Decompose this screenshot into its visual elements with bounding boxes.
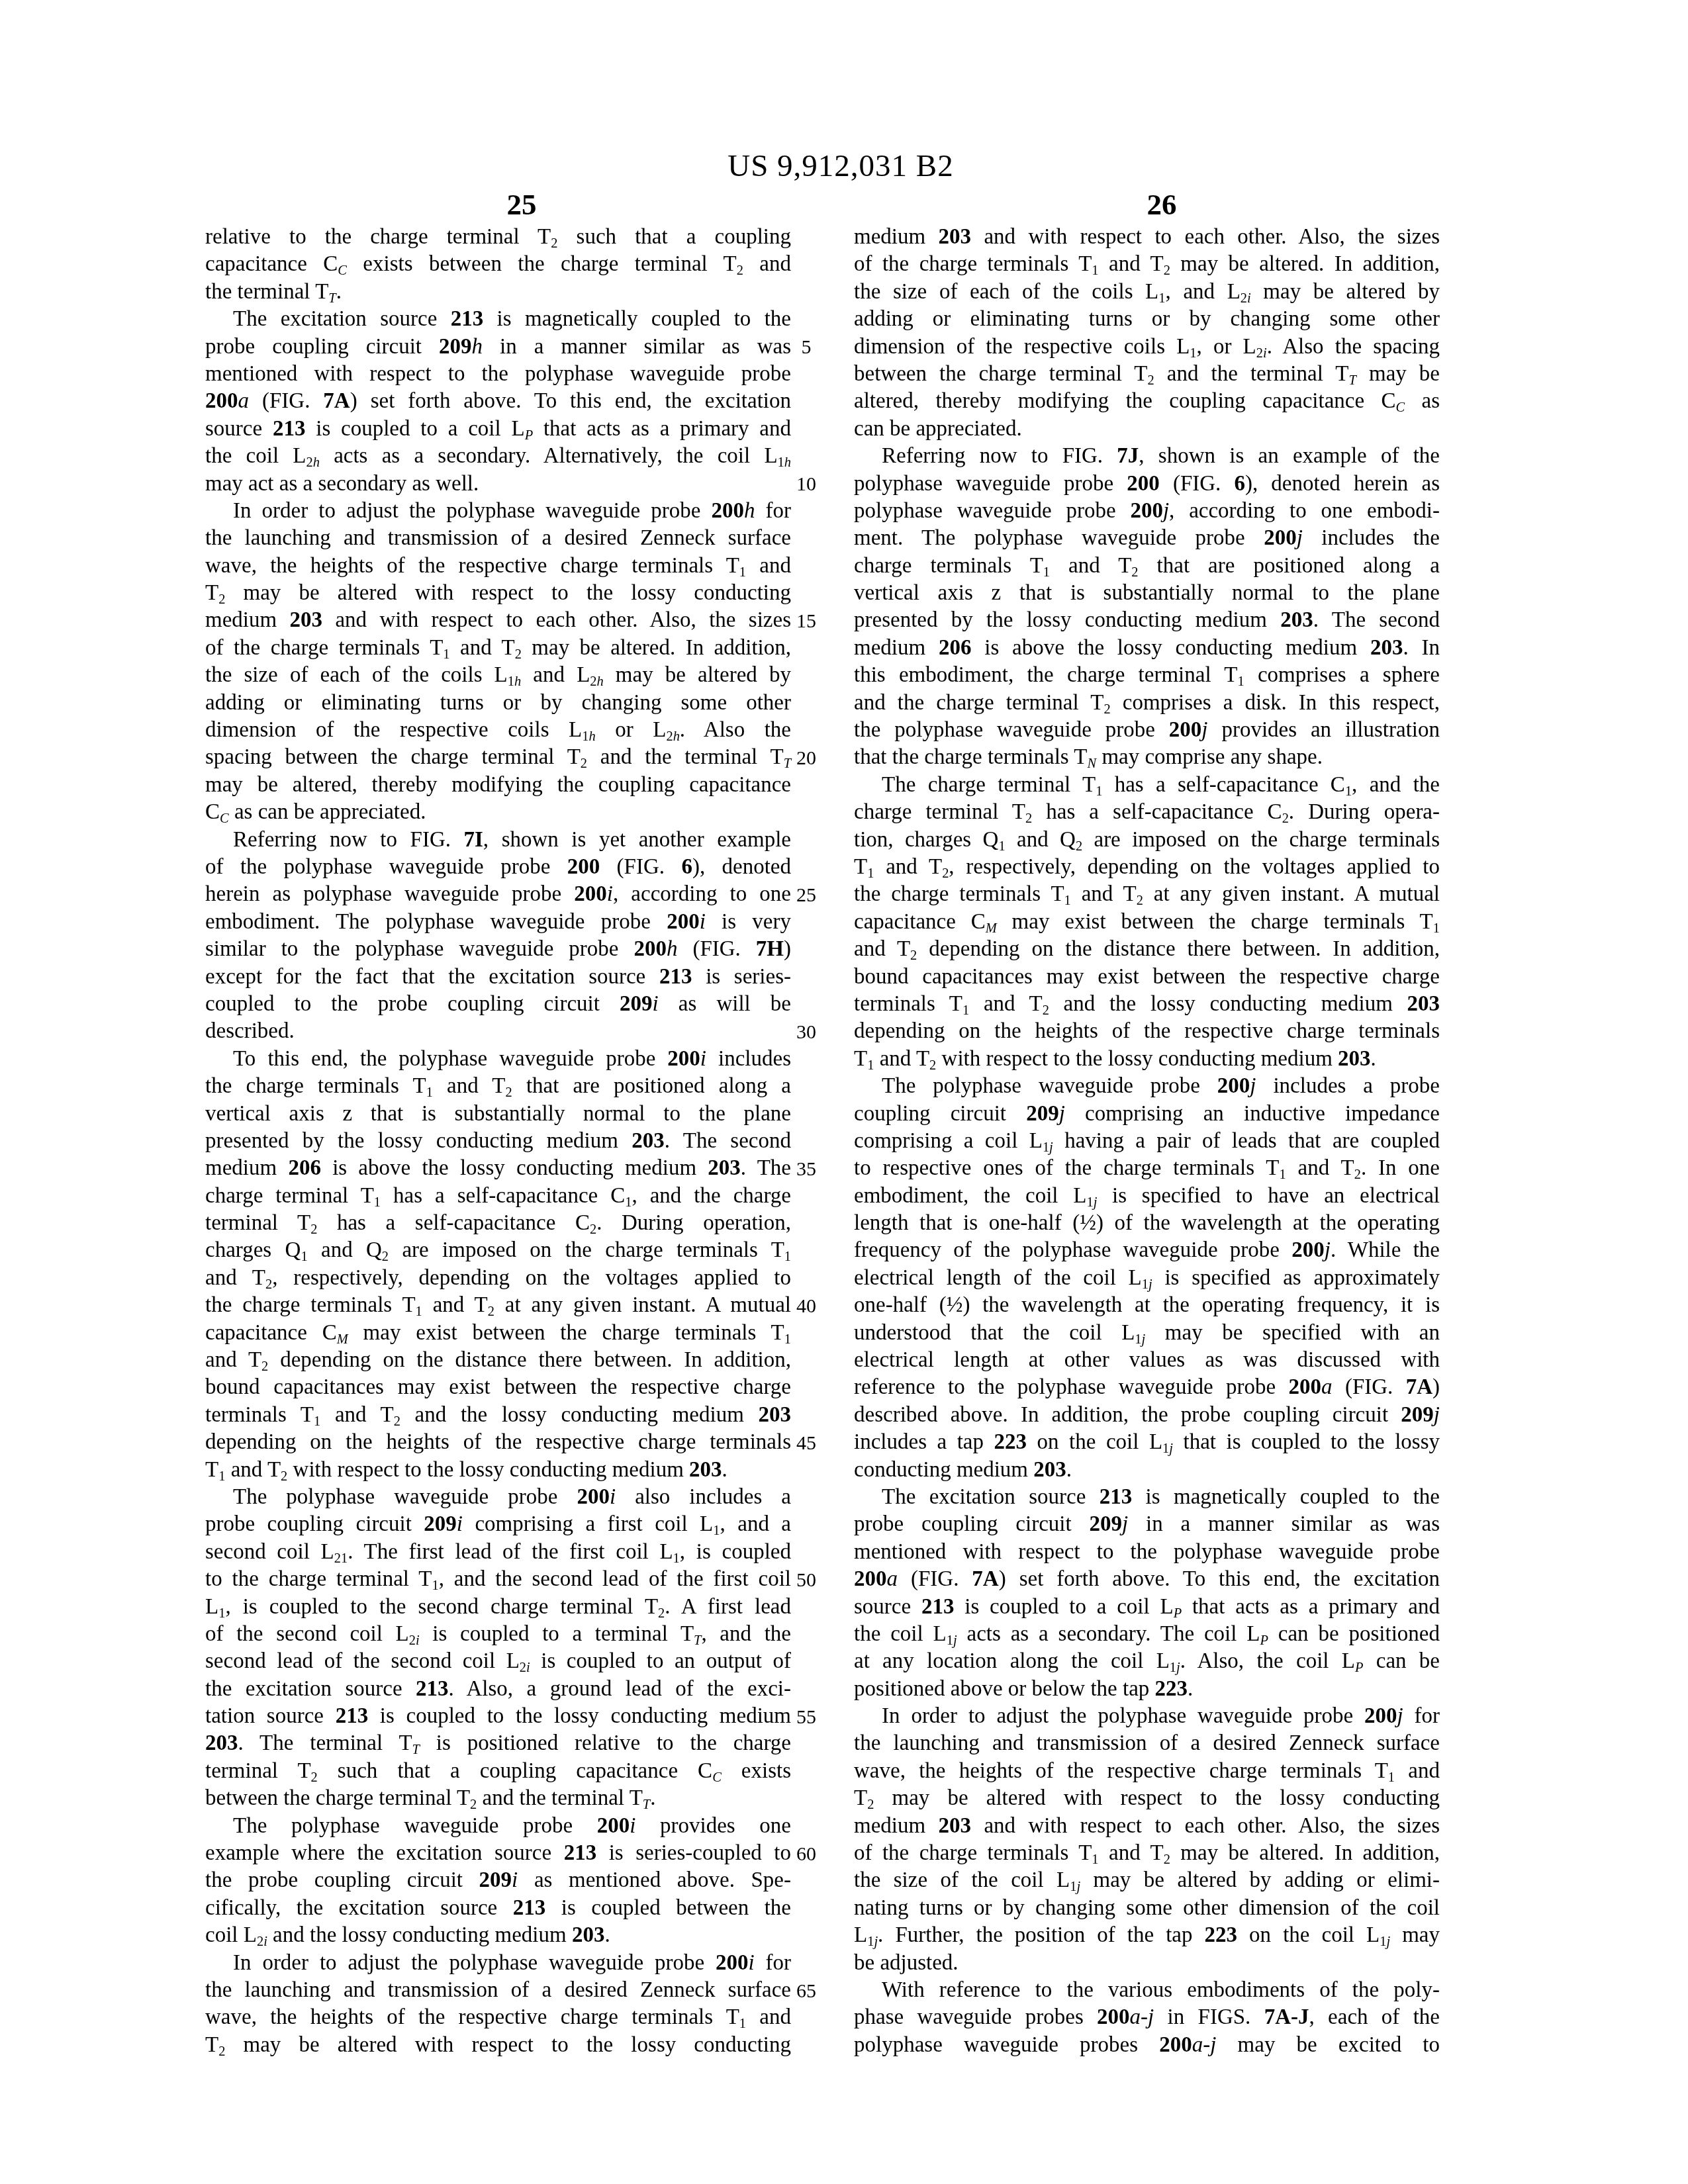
text-line: bound capacitances may exist between the…	[854, 964, 1440, 991]
text-line: except for the fact that the excitation …	[205, 964, 791, 991]
text-line: cifically, the excitation source 213 is …	[205, 1895, 791, 1922]
text-line: depending on the heights of the respecti…	[854, 1018, 1440, 1045]
text-line: phase waveguide probes 200a-j in FIGS. 7…	[854, 2004, 1440, 2031]
text-line: and T2 depending on the distance there b…	[854, 936, 1440, 963]
text-line: terminal T2 such that a coupling capacit…	[205, 1758, 791, 1785]
text-line: second coil L21. The first lead of the f…	[205, 1539, 791, 1566]
text-line: The excitation source 213 is magneticall…	[205, 306, 791, 333]
text-line: wave, the heights of the respective char…	[205, 553, 791, 580]
text-line: the size of the coil L1j may be altered …	[854, 1867, 1440, 1894]
text-line: L1, is coupled to the second charge term…	[205, 1594, 791, 1621]
text-line: T1 and T2 with respect to the lossy cond…	[205, 1457, 791, 1484]
text-line: medium 203 and with respect to each othe…	[205, 607, 791, 634]
text-line: mentioned with respect to the polyphase …	[854, 1539, 1440, 1566]
text-line: 200a (FIG. 7A) set forth above. To this …	[205, 388, 791, 415]
text-line: medium 206 is above the lossy conducting…	[854, 635, 1440, 662]
text-line: the launching and transmission of a desi…	[854, 1730, 1440, 1757]
text-line: embodiment. The polyphase waveguide prob…	[205, 909, 791, 936]
text-line: The excitation source 213 is magneticall…	[854, 1484, 1440, 1511]
text-line: 200a (FIG. 7A) set forth above. To this …	[854, 1566, 1440, 1593]
text-line: herein as polyphase waveguide probe 200i…	[205, 881, 791, 908]
text-line: polyphase waveguide probe 200 (FIG. 6), …	[854, 471, 1440, 498]
text-line: wave, the heights of the respective char…	[205, 2004, 791, 2031]
text-line: of the charge terminals T1 and T2 may be…	[854, 1840, 1440, 1867]
text-line: of the charge terminals T1 and T2 may be…	[854, 251, 1440, 278]
text-line: terminals T1 and T2 and the lossy conduc…	[854, 991, 1440, 1018]
text-line: The polyphase waveguide probe 200i provi…	[205, 1813, 791, 1840]
text-line: frequency of the polyphase waveguide pro…	[854, 1237, 1440, 1264]
text-line: described.	[205, 1018, 791, 1045]
text-line: mentioned with respect to the polyphase …	[205, 361, 791, 388]
text-line: medium 206 is above the lossy conducting…	[205, 1155, 791, 1182]
text-line: described above. In addition, the probe …	[854, 1402, 1440, 1429]
text-line: depending on the heights of the respecti…	[205, 1429, 791, 1456]
column-number-right: 26	[1122, 187, 1201, 222]
text-line: To this end, the polyphase waveguide pro…	[205, 1046, 791, 1073]
text-line: coupling circuit 209j comprising an indu…	[854, 1101, 1440, 1128]
column-number-left: 25	[482, 187, 561, 222]
text-line: T2 may be altered with respect to the lo…	[205, 580, 791, 607]
text-line: of the second coil L2i is coupled to a t…	[205, 1621, 791, 1648]
text-line: the charge terminals T1 and T2 at any gi…	[205, 1292, 791, 1319]
text-line: positioned above or below the tap 223.	[854, 1676, 1440, 1703]
text-line: presented by the lossy conducting medium…	[205, 1128, 791, 1155]
text-line: the probe coupling circuit 209i as menti…	[205, 1867, 791, 1894]
text-line: relative to the charge terminal T2 such …	[205, 224, 791, 251]
text-line: charge terminal T1 has a self-capacitanc…	[205, 1183, 791, 1210]
text-line: medium 203 and with respect to each othe…	[854, 1813, 1440, 1840]
text-line: 203. The terminal TT is positioned relat…	[205, 1730, 791, 1757]
text-line: In order to adjust the polyphase wavegui…	[205, 1950, 791, 1977]
text-line: altered, thereby modifying the coupling …	[854, 388, 1440, 415]
text-line: the size of each of the coils L1, and L2…	[854, 279, 1440, 306]
text-line: vertical axis z that is substantially no…	[205, 1101, 791, 1128]
text-line: The polyphase waveguide probe 200j inclu…	[854, 1073, 1440, 1100]
text-line: may act as a secondary as well.	[205, 471, 791, 498]
text-line: between the charge terminal T2 and the t…	[205, 1785, 791, 1812]
text-column-left: relative to the charge terminal T2 such …	[205, 224, 791, 2059]
text-line: probe coupling circuit 209j in a manner …	[854, 1511, 1440, 1538]
text-line: bound capacitances may exist between the…	[205, 1374, 791, 1401]
text-line: reference to the polyphase waveguide pro…	[854, 1374, 1440, 1401]
text-line: the charge terminals T1 and T2 at any gi…	[854, 881, 1440, 908]
text-line: to the charge terminal T1, and the secon…	[205, 1566, 791, 1593]
patent-number-header: US 9,912,031 B2	[218, 148, 1463, 184]
text-line: the terminal TT.	[205, 279, 791, 306]
text-line: one-half (½) the wavelength at the opera…	[854, 1292, 1440, 1319]
text-line: tion, charges Q1 and Q2 are imposed on t…	[854, 827, 1440, 854]
text-line: and the charge terminal T2 comprises a d…	[854, 690, 1440, 717]
text-line: charge terminal T2 has a self-capacitanc…	[854, 799, 1440, 826]
text-line: the coil L1j acts as a secondary. The co…	[854, 1621, 1440, 1648]
text-line: coil L2i and the lossy conducting medium…	[205, 1922, 791, 1949]
text-line: T2 may be altered with respect to the lo…	[205, 2032, 791, 2059]
text-line: nating turns or by changing some other d…	[854, 1895, 1440, 1922]
text-line: source 213 is coupled to a coil LP that …	[205, 416, 791, 443]
text-line: probe coupling circuit 209h in a manner …	[205, 334, 791, 361]
text-line: the coil L2h acts as a secondary. Altern…	[205, 443, 791, 470]
text-line: to respective ones of the charge termina…	[854, 1155, 1440, 1182]
text-line: may be altered, thereby modifying the co…	[205, 772, 791, 799]
text-line: T1 and T2 with respect to the lossy cond…	[854, 1046, 1440, 1073]
text-line: source 213 is coupled to a coil LP that …	[854, 1594, 1440, 1621]
text-line: The charge terminal T1 has a self-capaci…	[854, 772, 1440, 799]
text-line: and T2, respectively, depending on the v…	[205, 1265, 791, 1292]
text-line: the launching and transmission of a desi…	[205, 525, 791, 552]
text-line: medium 203 and with respect to each othe…	[854, 224, 1440, 251]
text-line: the polyphase waveguide probe 200j provi…	[854, 717, 1440, 744]
text-line: dimension of the respective coils L1h or…	[205, 717, 791, 744]
text-line: this embodiment, the charge terminal T1 …	[854, 662, 1440, 689]
text-line: embodiment, the coil L1j is specified to…	[854, 1183, 1440, 1210]
text-line: example where the excitation source 213 …	[205, 1840, 791, 1867]
text-line: Referring now to FIG. 7I, shown is yet a…	[205, 827, 791, 854]
text-line: comprising a coil L1j having a pair of l…	[854, 1128, 1440, 1155]
text-line: of the polyphase waveguide probe 200 (FI…	[205, 854, 791, 881]
text-line: spacing between the charge terminal T2 a…	[205, 744, 791, 771]
text-line: T1 and T2, respectively, depending on th…	[854, 854, 1440, 881]
text-line: polyphase waveguide probes 200a-j may be…	[854, 2032, 1440, 2059]
text-line: electrical length at other values as was…	[854, 1347, 1440, 1374]
text-line: ment. The polyphase waveguide probe 200j…	[854, 525, 1440, 552]
text-line: be adjusted.	[854, 1950, 1440, 1977]
text-line: second lead of the second coil L2i is co…	[205, 1648, 791, 1675]
text-line: the launching and transmission of a desi…	[205, 1977, 791, 2004]
text-line: that the charge terminals TN may compris…	[854, 744, 1440, 771]
text-line: at any location along the coil L1j. Also…	[854, 1648, 1440, 1675]
text-line: The polyphase waveguide probe 200i also …	[205, 1484, 791, 1511]
text-line: adding or eliminating turns or by changi…	[205, 690, 791, 717]
text-line: probe coupling circuit 209i comprising a…	[205, 1511, 791, 1538]
text-line: vertical axis z that is substantially no…	[854, 580, 1440, 607]
text-line: of the charge terminals T1 and T2 may be…	[205, 635, 791, 662]
text-line: Referring now to FIG. 7J, shown is an ex…	[854, 443, 1440, 470]
text-line: L1j. Further, the position of the tap 22…	[854, 1922, 1440, 1949]
text-line: adding or eliminating turns or by changi…	[854, 306, 1440, 333]
text-line: conducting medium 203.	[854, 1457, 1440, 1484]
text-line: charges Q1 and Q2 are imposed on the cha…	[205, 1237, 791, 1264]
text-line: can be appreciated.	[854, 416, 1440, 443]
text-line: length that is one-half (½) of the wavel…	[854, 1210, 1440, 1237]
patent-page: US 9,912,031 B2 25 26 510152025303540455…	[0, 0, 1688, 2184]
text-line: the excitation source 213. Also, a groun…	[205, 1676, 791, 1703]
text-line: In order to adjust the polyphase wavegui…	[205, 498, 791, 525]
text-line: In order to adjust the polyphase wavegui…	[854, 1703, 1440, 1730]
text-line: the charge terminals T1 and T2 that are …	[205, 1073, 791, 1100]
text-line: between the charge terminal T2 and the t…	[854, 361, 1440, 388]
text-line: the size of each of the coils L1h and L2…	[205, 662, 791, 689]
text-line: presented by the lossy conducting medium…	[854, 607, 1440, 634]
text-line: polyphase waveguide probe 200j, accordin…	[854, 498, 1440, 525]
text-line: CC as can be appreciated.	[205, 799, 791, 826]
text-line: wave, the heights of the respective char…	[854, 1758, 1440, 1785]
text-line: and T2 depending on the distance there b…	[205, 1347, 791, 1374]
text-line: capacitance CC exists between the charge…	[205, 251, 791, 278]
text-line: includes a tap 223 on the coil L1j that …	[854, 1429, 1440, 1456]
text-line: With reference to the various embodiment…	[854, 1977, 1440, 2004]
text-line: charge terminals T1 and T2 that are posi…	[854, 553, 1440, 580]
text-line: dimension of the respective coils L1, or…	[854, 334, 1440, 361]
text-line: capacitance CM may exist between the cha…	[205, 1320, 791, 1347]
text-line: electrical length of the coil L1j is spe…	[854, 1265, 1440, 1292]
text-line: coupled to the probe coupling circuit 20…	[205, 991, 791, 1018]
text-line: capacitance CM may exist between the cha…	[854, 909, 1440, 936]
text-column-right: medium 203 and with respect to each othe…	[854, 224, 1440, 2059]
text-line: terminal T2 has a self-capacitance C2. D…	[205, 1210, 791, 1237]
text-line: terminals T1 and T2 and the lossy conduc…	[205, 1402, 791, 1429]
text-line: similar to the polyphase waveguide probe…	[205, 936, 791, 963]
text-line: T2 may be altered with respect to the lo…	[854, 1785, 1440, 1812]
text-line: understood that the coil L1j may be spec…	[854, 1320, 1440, 1347]
text-line: tation source 213 is coupled to the loss…	[205, 1703, 791, 1730]
